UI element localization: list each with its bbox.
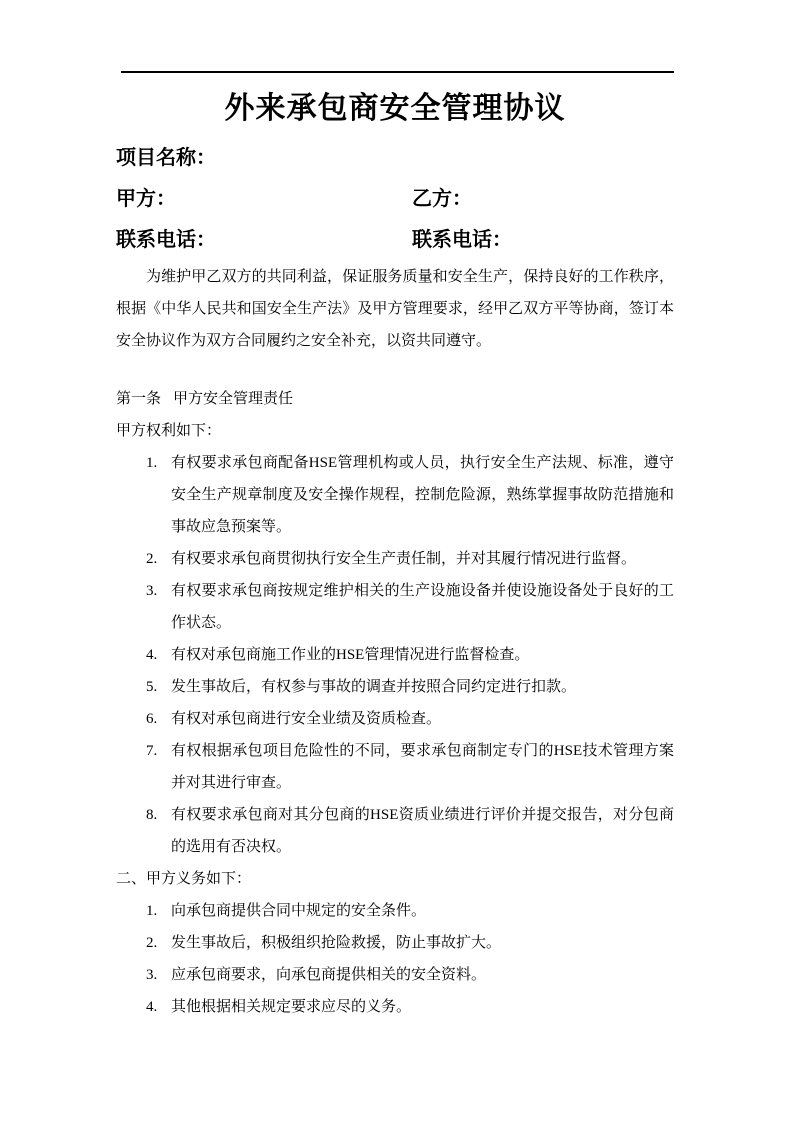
item-text: 应承包商要求，向承包商提供相关的安全资料。 xyxy=(171,967,486,983)
item-text: 有权要求承包商对其分包商的HSE资质业绩进行评价并提交报告，对分包商的选用有否决… xyxy=(171,807,674,855)
list-item: 5.发生事故后，有权参与事故的调查并按照合同约定进行扣款。 xyxy=(116,671,674,703)
project-name-label: 项目名称： xyxy=(116,147,216,169)
fields-section: 项目名称： 甲方： 乙方： 联系电话： 联系电话： xyxy=(116,138,674,261)
phones-row: 联系电话： 联系电话： xyxy=(116,220,674,261)
item-number: 1. xyxy=(146,895,157,927)
item-number: 5. xyxy=(146,671,157,703)
item-number: 7. xyxy=(146,735,157,767)
item-number: 2. xyxy=(146,543,157,575)
article-1-heading: 第一条甲方安全管理责任 xyxy=(116,383,674,415)
list-item: 6.有权对承包商进行安全业绩及资质检查。 xyxy=(116,703,674,735)
list-item: 8.有权要求承包商对其分包商的HSE资质业绩进行评价并提交报告，对分包商的选用有… xyxy=(116,799,674,863)
document-title: 外来承包商安全管理协议 xyxy=(116,88,674,130)
item-text: 发生事故后，有权参与事故的调查并按照合同约定进行扣款。 xyxy=(171,679,576,695)
project-name-row: 项目名称： xyxy=(116,138,674,179)
party-a-label: 甲方： xyxy=(116,188,176,210)
article-1-title: 甲方安全管理责任 xyxy=(173,391,293,407)
item-number: 3. xyxy=(146,959,157,991)
list-item: 4.其他根据相关规定要求应尽的义务。 xyxy=(116,991,674,1023)
item-text: 发生事故后，积极组织抢险救援，防止事故扩大。 xyxy=(171,935,501,951)
item-text: 有权要求承包商贯彻执行安全生产责任制，并对其履行情况进行监督。 xyxy=(171,551,636,567)
item-text: 有权要求承包商按规定维护相关的生产设施设备并使设施设备处于良好的工作状态。 xyxy=(171,583,674,631)
party-a-phone-label: 联系电话： xyxy=(116,229,216,251)
list-item: 1.有权要求承包商配备HSE管理机构或人员，执行安全生产法规、标准，遵守安全生产… xyxy=(116,447,674,543)
document-page: 外来承包商安全管理协议 项目名称： 甲方： 乙方： 联系电话： 联系电话： 为维… xyxy=(0,0,793,1122)
item-text: 向承包商提供合同中规定的安全条件。 xyxy=(171,903,426,919)
item-text: 其他根据相关规定要求应尽的义务。 xyxy=(171,999,411,1015)
list-item: 2.有权要求承包商贯彻执行安全生产责任制，并对其履行情况进行监督。 xyxy=(116,543,674,575)
rights-heading: 甲方权利如下： xyxy=(116,415,674,447)
item-number: 2. xyxy=(146,927,157,959)
item-text: 有权对承包商进行安全业绩及资质检查。 xyxy=(171,711,441,727)
item-text: 有权要求承包商配备HSE管理机构或人员，执行安全生产法规、标准，遵守安全生产规章… xyxy=(171,455,674,535)
item-number: 1. xyxy=(146,447,157,479)
intro-paragraph: 为维护甲乙双方的共同利益，保证服务质量和安全生产，保持良好的工作秩序，根据《中华… xyxy=(116,261,674,357)
item-text: 有权根据承包项目危险性的不同，要求承包商制定专门的HSE技术管理方案并对其进行审… xyxy=(171,743,674,791)
party-b-label: 乙方： xyxy=(412,179,472,220)
item-number: 3. xyxy=(146,575,157,607)
list-item: 7.有权根据承包项目危险性的不同，要求承包商制定专门的HSE技术管理方案并对其进… xyxy=(116,735,674,799)
duties-heading: 二、甲方义务如下： xyxy=(116,863,674,895)
list-item: 3.有权要求承包商按规定维护相关的生产设施设备并使设施设备处于良好的工作状态。 xyxy=(116,575,674,639)
article-1-number: 第一条 xyxy=(116,391,161,407)
duties-list: 1.向承包商提供合同中规定的安全条件。 2.发生事故后，积极组织抢险救援，防止事… xyxy=(116,895,674,1023)
list-item: 1.向承包商提供合同中规定的安全条件。 xyxy=(116,895,674,927)
list-item: 3.应承包商要求，向承包商提供相关的安全资料。 xyxy=(116,959,674,991)
item-number: 8. xyxy=(146,799,157,831)
item-text: 有权对承包商施工作业的HSE管理情况进行监督检查。 xyxy=(171,647,529,663)
parties-row: 甲方： 乙方： xyxy=(116,179,674,220)
item-number: 4. xyxy=(146,991,157,1023)
item-number: 6. xyxy=(146,703,157,735)
list-item: 4.有权对承包商施工作业的HSE管理情况进行监督检查。 xyxy=(116,639,674,671)
list-item: 2.发生事故后，积极组织抢险救援，防止事故扩大。 xyxy=(116,927,674,959)
party-b-phone-label: 联系电话： xyxy=(412,220,512,261)
document-content: 外来承包商安全管理协议 项目名称： 甲方： 乙方： 联系电话： 联系电话： 为维… xyxy=(116,0,674,1023)
item-number: 4. xyxy=(146,639,157,671)
rights-list: 1.有权要求承包商配备HSE管理机构或人员，执行安全生产法规、标准，遵守安全生产… xyxy=(116,447,674,863)
